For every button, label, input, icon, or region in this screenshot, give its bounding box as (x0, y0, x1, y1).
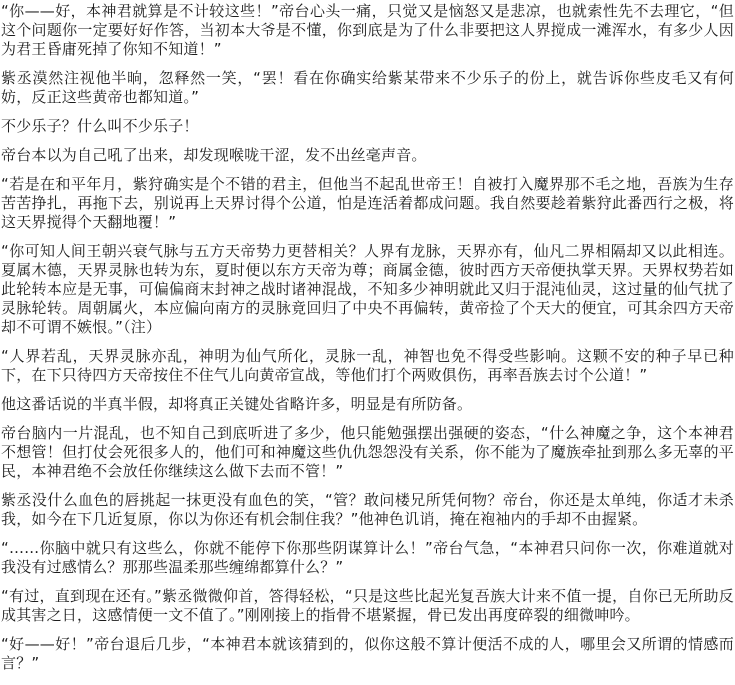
paragraph-7: “人界若乱，天界灵脉亦乱，神明为仙气所化，灵脉一乱，神智也免不得受些影响。这颗不… (1, 347, 734, 385)
paragraph-6: “你可知人间王朝兴衰气脉与五方天帝势力更替相关？人界有龙脉，天界亦有，仙凡二界相… (1, 242, 734, 337)
paragraph-3: 不少乐子？什么叫不少乐子！ (1, 117, 734, 136)
paragraph-1: “你——好，本神君就算是不计较这些！”帝台心头一痛，只觉又是恼怒又是悲凉，也就索… (1, 2, 734, 59)
paragraph-9: 帝台脑内一片混乱，也不知自己到底听进了多少，他只能勉强摆出强硬的姿态，“什么神魔… (1, 424, 734, 481)
paragraph-10: 紫丞没什么血色的唇挑起一抹更没有血色的笑，“管？敢问楼兄所凭何物？帝台，你还是太… (1, 491, 734, 529)
novel-text-page: “你——好，本神君就算是不计较这些！”帝台心头一痛，只觉又是恼怒又是悲凉，也就索… (0, 0, 735, 685)
paragraph-13: “好——好！”帝台退后几步，“本神君本就该猜到的，似你这般不算计便活不成的人，哪… (1, 635, 734, 673)
paragraph-4: 帝台本以为自己吼了出来，却发现喉咙干涩，发不出丝毫声音。 (1, 146, 734, 165)
paragraph-12: “有过，直到现在还有。”紫丞微微仰首，答得轻松，“只是这些比起光复吾族大计来不值… (1, 587, 734, 625)
paragraph-11: “……你脑中就只有这些么，你就不能停下你那些阴谋算计么！”帝台气急，“本神君只问… (1, 539, 734, 577)
paragraph-8: 他这番话说的半真半假，却将真正关键处省略许多，明显是有所防备。 (1, 395, 734, 414)
paragraph-2: 紫丞漠然注视他半晌，忽释然一笑，“罢！看在你确实给紫某带来不少乐子的份上，就告诉… (1, 69, 734, 107)
paragraph-5: “若是在和平年月，紫狩确实是个不错的君主，但他当不起乱世帝王！自被打入魔界那不毛… (1, 175, 734, 232)
